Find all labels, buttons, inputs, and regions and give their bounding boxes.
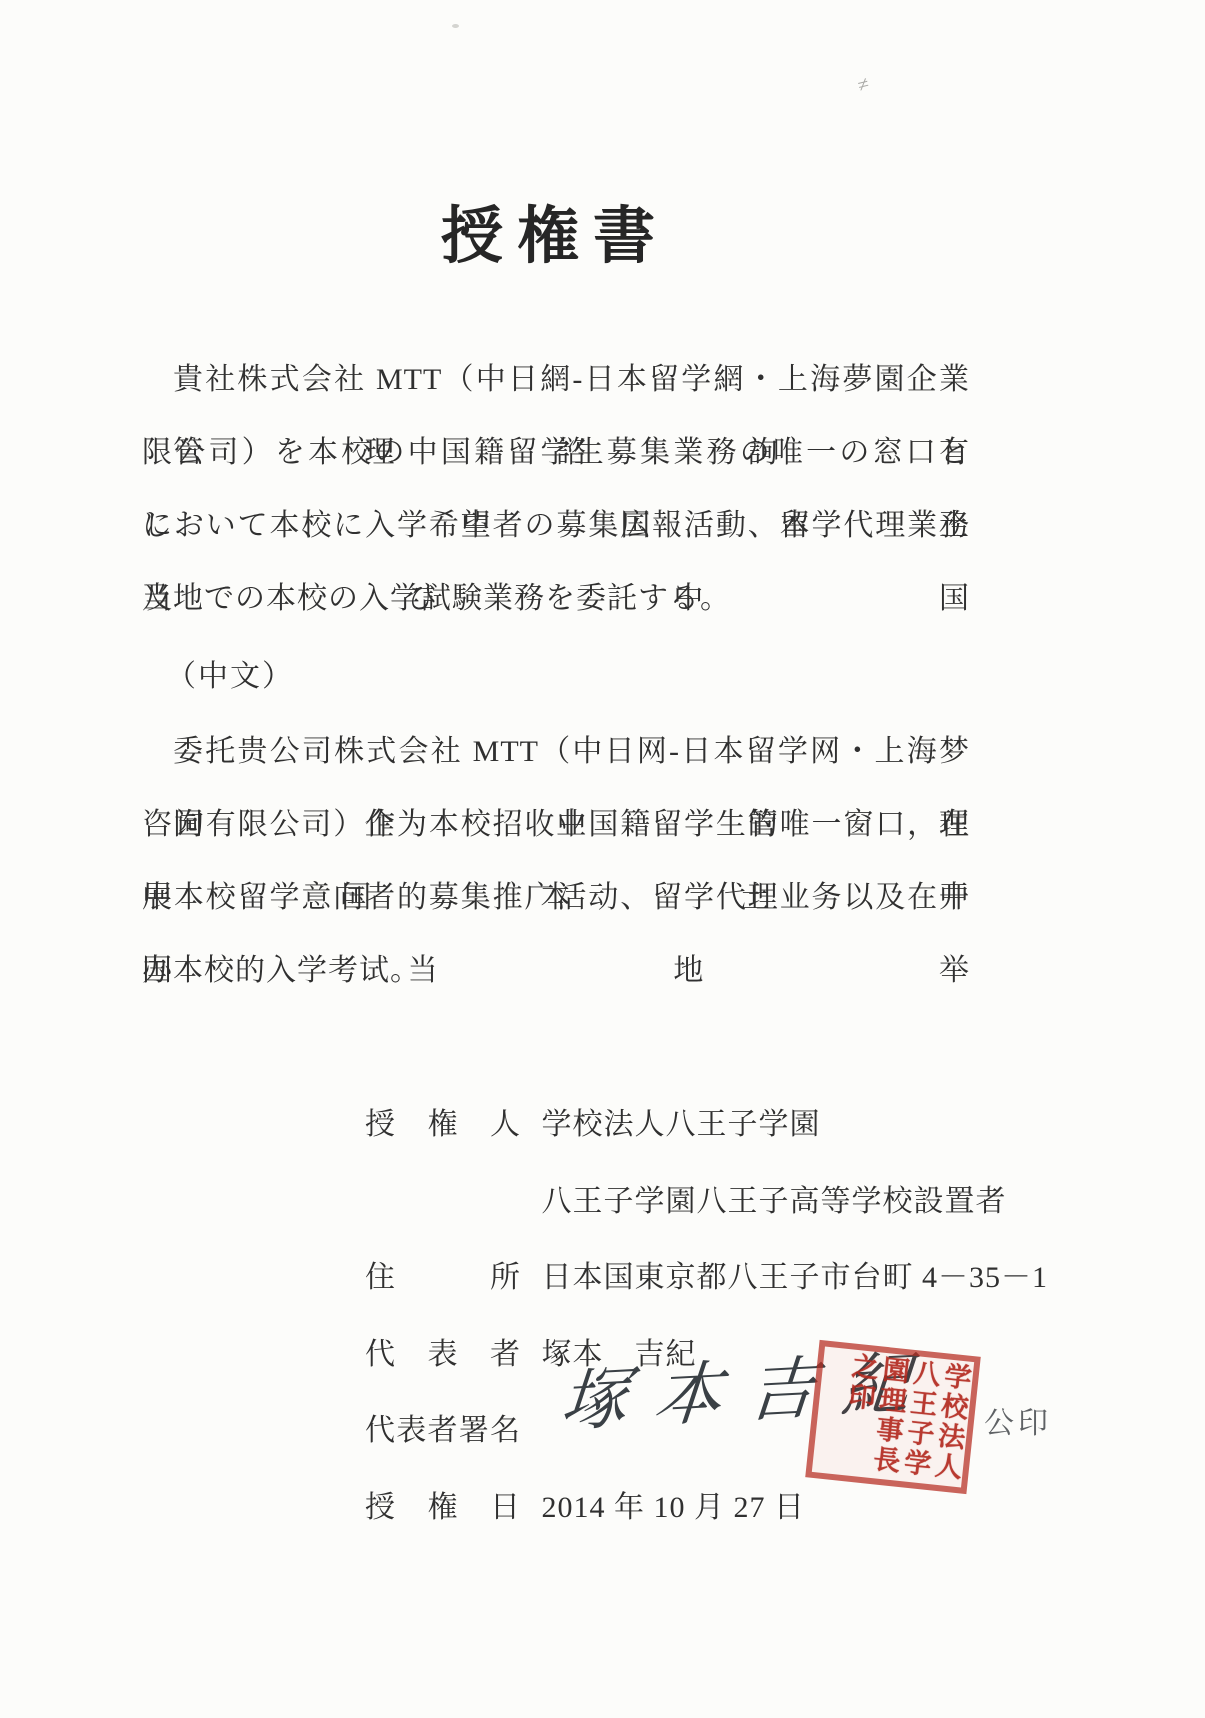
paragraph-line: 咨询有限公司）作为本校招收中国籍留学生的唯一窗口，在中国本土开 (142, 788, 970, 861)
signature-label: 授権人 (365, 1087, 520, 1164)
paragraph-line: 委托贵公司株式会社 MTT（中日网‐日本留学网・上海梦园企业管理 (142, 715, 970, 788)
japanese-paragraph: 貴社株式会社 MTT（中日網‐日本留学網・上海夢園企業管理諮詢有 限公司）を本校… (142, 343, 970, 635)
signature-label: 代表者署名 (365, 1393, 520, 1470)
signature-value: 日本国東京都八王子市台町 4－35－1 (542, 1261, 1049, 1294)
chinese-marker: （中文） (166, 640, 294, 713)
scan-artifact: ≠ (855, 73, 871, 98)
paragraph-line: 貴社株式会社 MTT（中日網‐日本留学網・上海夢園企業管理諮詢有 (142, 343, 970, 416)
signature-value: 2014 年 10 月 27 日 (542, 1491, 806, 1524)
signature-row-address: 住所 日本国東京都八王子市台町 4－35－1 (365, 1240, 1045, 1317)
signature-row-school: 八王子学園八王子高等学校設置者 (365, 1164, 1045, 1241)
paragraph-line: において本校に入学希望者の募集広報活動、留学代理業務及び中国 (142, 489, 970, 562)
signature-label: 住所 (365, 1240, 520, 1317)
seal-label: 公印 (984, 1398, 1052, 1442)
signature-value: 八王子学園八王子高等学校設置者 (542, 1185, 1007, 1218)
scan-artifact (452, 24, 459, 28)
paragraph-line: 展本校留学意向者的募集推广活动、留学代理业务以及在中国当地举 (142, 861, 970, 934)
chinese-paragraph: 委托贵公司株式会社 MTT（中日网‐日本留学网・上海梦园企业管理 咨询有限公司）… (142, 715, 970, 1007)
paragraph-line: 限公司）を本校の中国籍留学生募集業務の唯一の窓口とし、中国本土 (142, 416, 970, 489)
document-title: 授権書 (0, 186, 1110, 275)
signature-row-authorizer: 授権人 学校法人八王子学園 (365, 1087, 1045, 1164)
signature-label: 代表者 (365, 1317, 520, 1394)
scanned-document-page: 授権書 貴社株式会社 MTT（中日網‐日本留学網・上海夢園企業管理諮詢有 限公司… (0, 0, 1205, 1718)
seal-characters: 学校法人八王子学園理事長之印 (814, 1349, 972, 1486)
signature-value: 学校法人八王子学園 (542, 1108, 821, 1141)
official-seal-stamp: 学校法人八王子学園理事長之印 (805, 1340, 981, 1494)
signature-label: 授権日 (365, 1470, 520, 1547)
